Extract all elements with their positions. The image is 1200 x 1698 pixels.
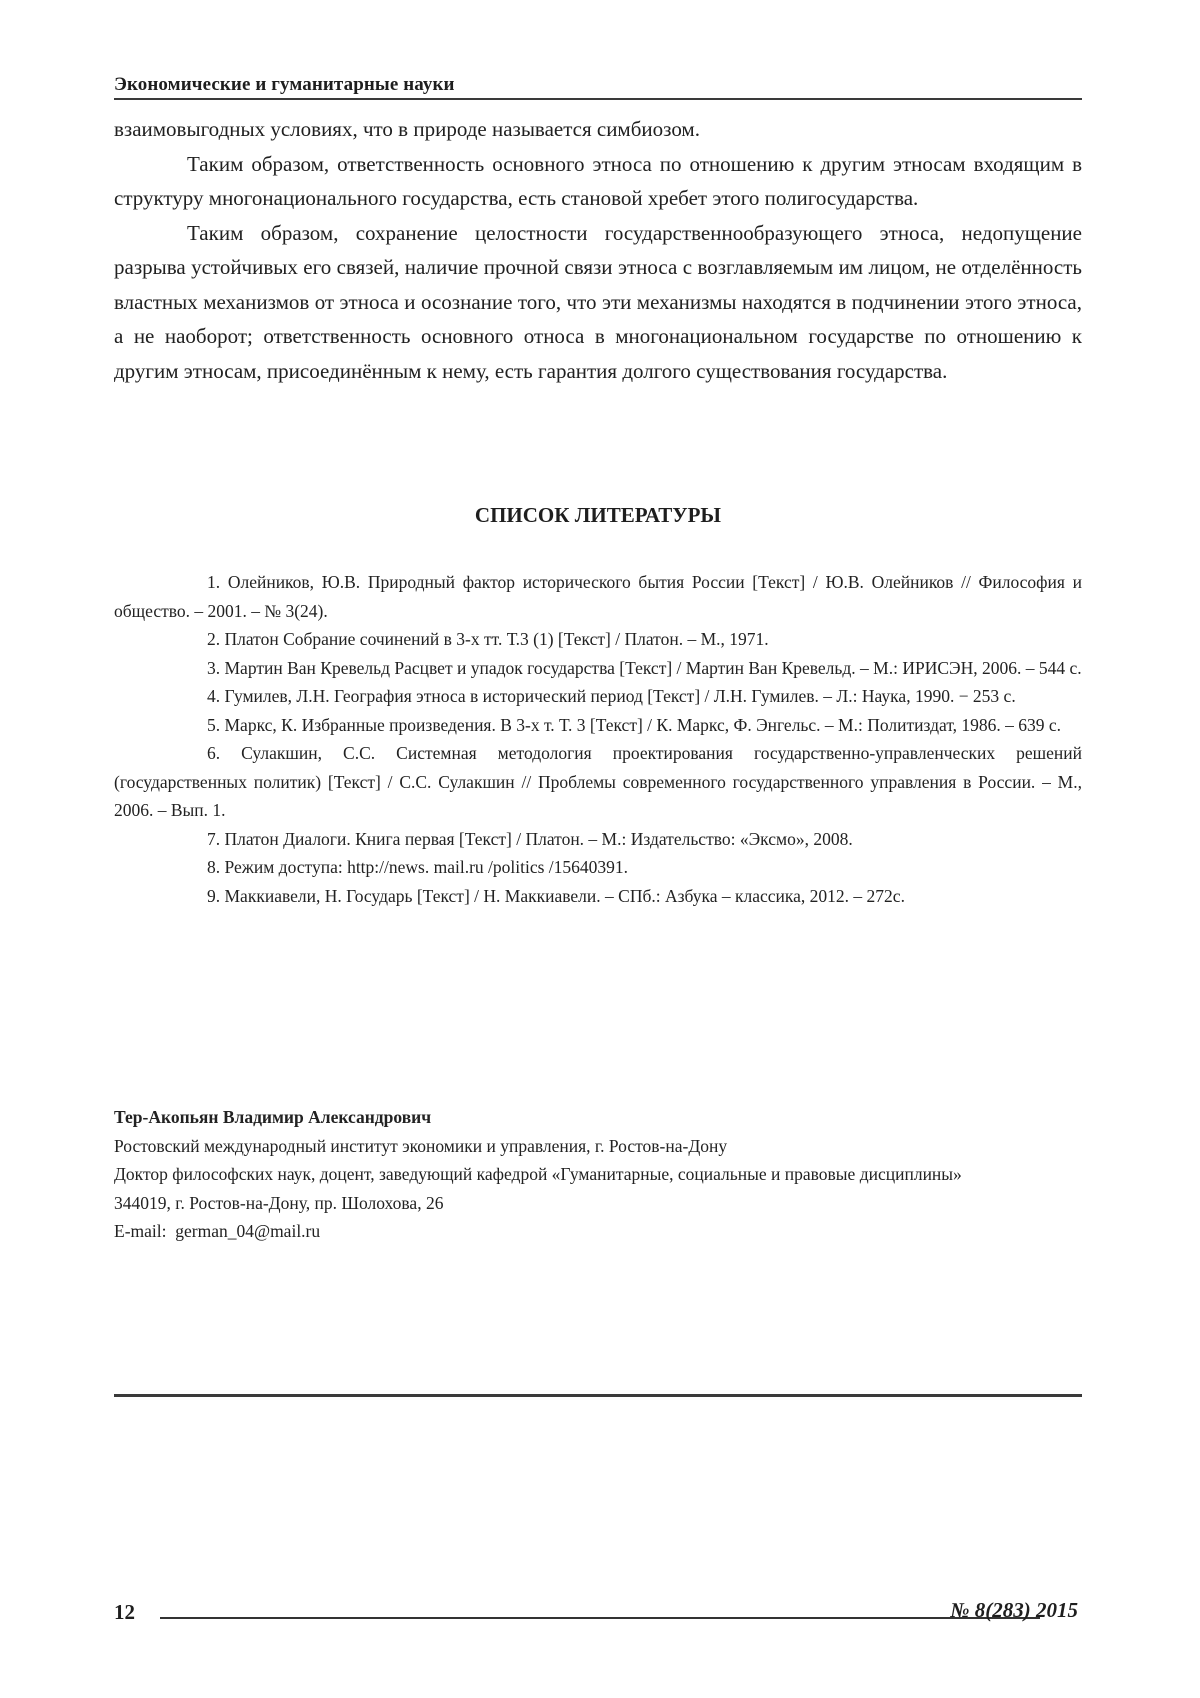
references-list: 1. Олейников, Ю.В. Природный фактор исто…: [114, 568, 1082, 910]
reference-item: 3. Мартин Ван Кревельд Расцвет и упадок …: [114, 654, 1082, 683]
author-name: Тер-Акопьян Владимир Александрович: [114, 1103, 1082, 1132]
reference-item: 8. Режим доступа: http://news. mail.ru /…: [114, 853, 1082, 882]
reference-item: 1. Олейников, Ю.В. Природный фактор исто…: [114, 568, 1082, 625]
reference-item: 6. Сулакшин, С.С. Системная методология …: [114, 739, 1082, 825]
running-header: Экономические и гуманитарные науки: [114, 72, 1082, 100]
document-page: Экономические и гуманитарные науки взаим…: [0, 0, 1200, 1698]
author-email: E-mail: german_04@mail.ru: [114, 1217, 1082, 1246]
journal-section-title: Экономические и гуманитарные науки: [114, 74, 455, 96]
author-block: Тер-Акопьян Владимир Александрович Росто…: [114, 1103, 1082, 1246]
issue-number: № 8(283) 2015: [950, 1598, 1078, 1623]
reference-item: 4. Гумилев, Л.Н. География этноса в исто…: [114, 682, 1082, 711]
reference-item: 9. Маккиавели, Н. Государь [Текст] / Н. …: [114, 882, 1082, 911]
paragraph: взаимовыгодных условиях, что в природе н…: [114, 112, 1082, 147]
page-number: 12: [114, 1600, 135, 1625]
reference-item: 2. Платон Собрание сочинений в 3-х тт. Т…: [114, 625, 1082, 654]
paragraph: Таким образом, сохранение целостности го…: [114, 216, 1082, 389]
section-divider: [114, 1394, 1082, 1397]
references-heading: СПИСОК ЛИТЕРАТУРЫ: [114, 503, 1082, 528]
footer-divider: [160, 1617, 1040, 1619]
author-position: Доктор философских наук, доцент, заведую…: [114, 1160, 1082, 1189]
author-address: 344019, г. Ростов-на-Дону, пр. Шолохова,…: [114, 1189, 1082, 1218]
paragraph: Таким образом, ответственность основного…: [114, 147, 1082, 216]
reference-item: 7. Платон Диалоги. Книга первая [Текст] …: [114, 825, 1082, 854]
author-affiliation: Ростовский международный институт эконом…: [114, 1132, 1082, 1161]
body-text: взаимовыгодных условиях, что в природе н…: [114, 112, 1082, 388]
reference-item: 5. Маркс, К. Избранные произведения. В 3…: [114, 711, 1082, 740]
page-footer: 12 № 8(283) 2015: [114, 1598, 1082, 1632]
